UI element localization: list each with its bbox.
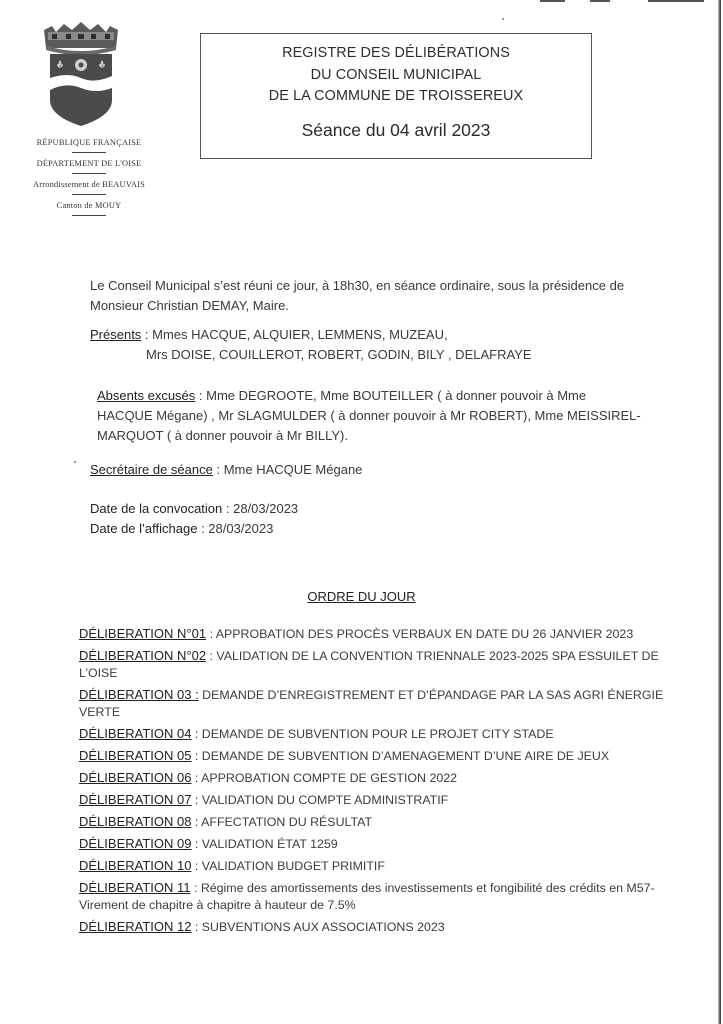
deliberation-item: DÉLIBERATION 07 : VALIDATION DU COMPTE A…: [79, 791, 679, 809]
deliberation-item: DÉLIBERATION 06 : APPROBATION COMPTE DE …: [79, 769, 679, 787]
divider: [72, 152, 106, 153]
deliberation-text: : SUBVENTIONS AUX ASSOCIATIONS 2023: [191, 920, 444, 934]
absents-label: Absents excusés: [97, 388, 195, 403]
divider: [72, 194, 106, 195]
divider: [72, 173, 106, 174]
deliberation-text: : APPROBATION COMPTE DE GESTION 2022: [191, 771, 457, 785]
register-title-box: REGISTRE DES DÉLIBÉRATIONS DU CONSEIL MU…: [200, 33, 592, 159]
deliberation-item: DÉLIBERATION 12 : SUBVENTIONS AUX ASSOCI…: [79, 918, 679, 936]
presents-line-1: : Mmes HACQUE, ALQUIER, LEMMENS, MUZEAU,: [141, 327, 447, 342]
deliberation-label: DÉLIBERATION 06: [79, 770, 191, 785]
administrative-header: RÉPUBLIQUE FRANÇAISE DÉPARTEMENT DE L'OI…: [14, 137, 164, 221]
deliberation-label: DÉLIBERATION 10: [79, 858, 191, 873]
deliberation-list: DÉLIBERATION N°01 : APPROBATION DES PROC…: [79, 625, 679, 940]
scan-speck: [74, 461, 76, 463]
presents-section: Présents : Mmes HACQUE, ALQUIER, LEMMENS…: [90, 325, 650, 365]
deliberation-item: DÉLIBERATION N°01 : APPROBATION DES PROC…: [79, 625, 679, 643]
deliberation-label: DÉLIBERATION N°01: [79, 626, 206, 641]
deliberation-text: : VALIDATION DU COMPTE ADMINISTRATIF: [191, 793, 448, 807]
scan-top-marks: [540, 0, 720, 3]
deliberation-label: DÉLIBERATION 05: [79, 748, 191, 763]
admin-republique: RÉPUBLIQUE FRANÇAISE: [14, 137, 164, 149]
title-line-2: DU CONSEIL MUNICIPAL: [201, 65, 591, 87]
deliberation-label: DÉLIBERATION 08: [79, 814, 191, 829]
deliberation-item: DÉLIBERATION 09 : VALIDATION ÉTAT 1259: [79, 835, 679, 853]
deliberation-text: : VALIDATION BUDGET PRIMITIF: [191, 859, 384, 873]
deliberation-item: DÉLIBERATION 03 : DEMANDE D’ENREGISTREME…: [79, 686, 679, 721]
dates-section: Date de la convocation : 28/03/2023 Date…: [90, 499, 298, 539]
deliberation-label: DÉLIBERATION N°02: [79, 648, 206, 663]
coat-of-arms-icon: [38, 22, 124, 128]
scan-edge-line: [718, 0, 721, 1024]
deliberation-label: DÉLIBERATION 03 :: [79, 687, 199, 702]
secretaire-label: Secrétaire de séance: [90, 462, 213, 477]
deliberation-item: DÉLIBERATION 10 : VALIDATION BUDGET PRIM…: [79, 857, 679, 875]
title-line-1: REGISTRE DES DÉLIBÉRATIONS: [201, 43, 591, 65]
deliberation-text: : AFFECTATION DU RÉSULTAT: [191, 815, 372, 829]
title-line-3: DE LA COMMUNE DE TROISSEREUX: [201, 86, 591, 108]
deliberation-label: DÉLIBERATION 07: [79, 792, 191, 807]
presents-label: Présents: [90, 327, 141, 342]
affichage-value: : 28/03/2023: [197, 521, 273, 536]
convocation-label: Date de la convocation: [90, 501, 222, 516]
deliberation-item: DÉLIBERATION 05 : DEMANDE DE SUBVENTION …: [79, 747, 679, 765]
deliberation-label: DÉLIBERATION 12: [79, 919, 191, 934]
deliberation-item: DÉLIBERATION N°02 : VALIDATION DE LA CON…: [79, 647, 679, 682]
scan-speck: [502, 18, 504, 20]
presents-line-2: Mrs DOISE, COUILLEROT, ROBERT, GODIN, BI…: [90, 345, 650, 365]
secretaire-text: : Mme HACQUE Mégane: [213, 462, 363, 477]
seance-date: Séance du 04 avril 2023: [201, 120, 591, 141]
deliberation-label: DÉLIBERATION 11: [79, 880, 191, 895]
deliberation-item: DÉLIBERATION 04 : DEMANDE DE SUBVENTION …: [79, 725, 679, 743]
admin-canton: Canton de MOUY: [14, 200, 164, 212]
absents-section: Absents excusés : Mme DEGROOTE, Mme BOUT…: [97, 386, 642, 446]
deliberation-item: DÉLIBERATION 11 : Régime des amortisseme…: [79, 879, 679, 914]
admin-departement: DÉPARTEMENT DE L'OISE: [14, 158, 164, 170]
affichage-label: Date de l’affichage: [90, 521, 197, 536]
deliberation-label: DÉLIBERATION 04: [79, 726, 191, 741]
divider: [72, 215, 106, 216]
deliberation-text: : APPROBATION DES PROCÈS VERBAUX EN DATE…: [206, 627, 633, 641]
secretaire-section: Secrétaire de séance : Mme HACQUE Mégane: [90, 460, 362, 480]
ordre-du-jour-title: ORDRE DU JOUR: [0, 589, 723, 604]
deliberation-text: : DEMANDE DE SUBVENTION POUR LE PROJET C…: [191, 727, 553, 741]
admin-arrondissement: Arrondissement de BEAUVAIS: [14, 179, 164, 191]
deliberation-text: : DEMANDE DE SUBVENTION D’AMENAGEMENT D’…: [191, 749, 609, 763]
deliberation-label: DÉLIBERATION 09: [79, 836, 191, 851]
deliberation-item: DÉLIBERATION 08 : AFFECTATION DU RÉSULTA…: [79, 813, 679, 831]
convocation-value: : 28/03/2023: [222, 501, 298, 516]
intro-paragraph: Le Conseil Municipal s’est réuni ce jour…: [90, 276, 650, 316]
deliberation-text: : VALIDATION ÉTAT 1259: [191, 837, 337, 851]
